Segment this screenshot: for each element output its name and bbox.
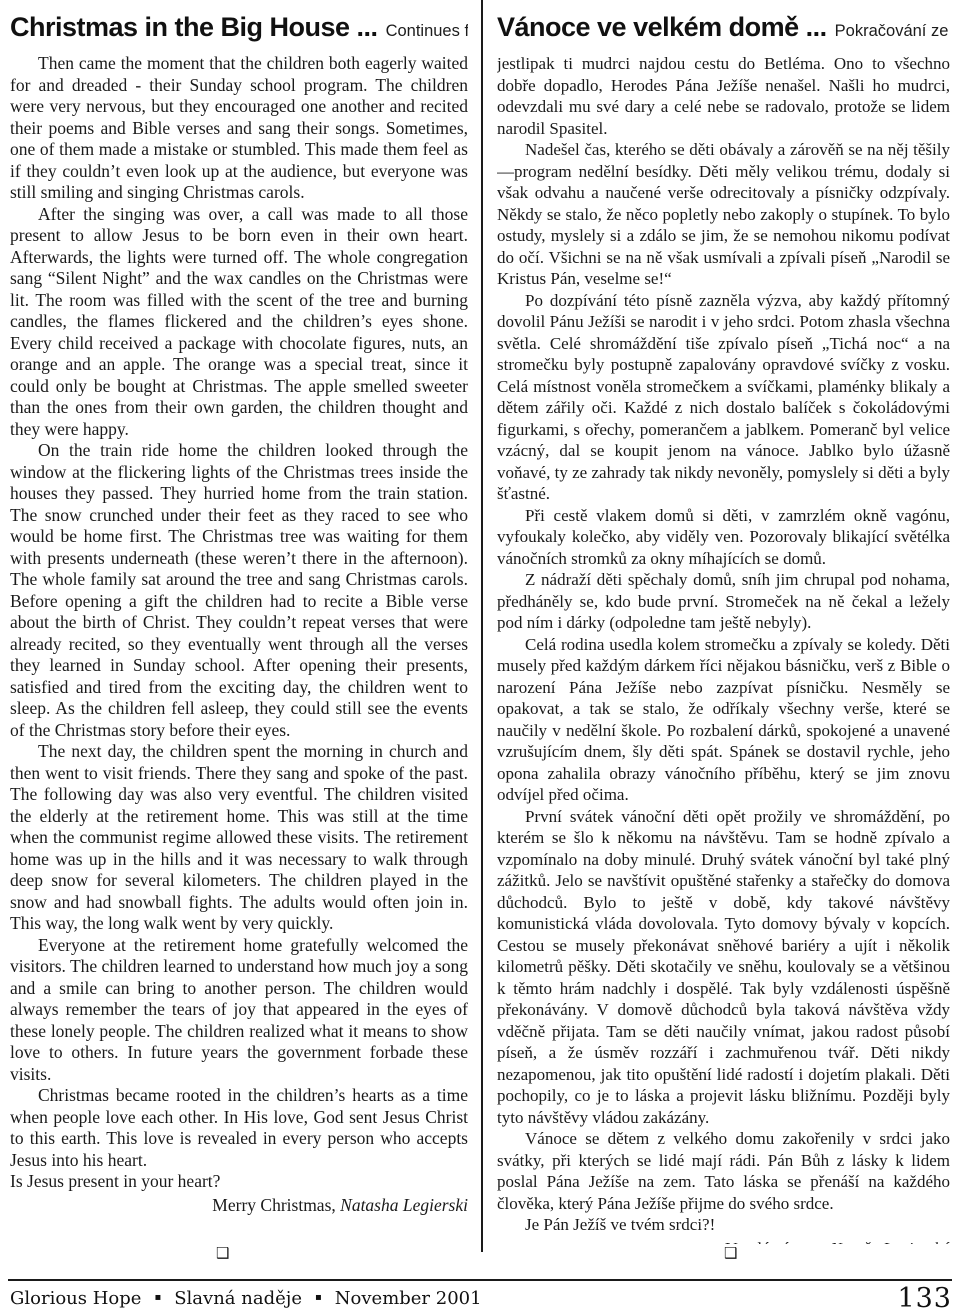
paragraph: Z nádraží děti spěchaly domů, sníh jim c…: [497, 569, 950, 634]
footer-square-separator-icon: ▪: [154, 1292, 161, 1303]
paragraph: Christmas became rooted in the children’…: [10, 1085, 468, 1171]
paragraph: On the train ride home the children look…: [10, 440, 468, 741]
right-article-column: Vánoce ve velkém domě ... Pokračování ze…: [497, 12, 950, 1244]
right-signature-greeting: Veselé vánoce,: [725, 1239, 830, 1245]
paragraph: Then came the moment that the children b…: [10, 53, 468, 204]
footer-square-separator-icon: ▪: [315, 1292, 322, 1303]
left-article-column: Christmas in the Big House ... Continues…: [10, 12, 468, 1244]
paragraph: Everyone at the retirement home grateful…: [10, 935, 468, 1086]
left-article-body: Then came the moment that the children b…: [10, 53, 468, 1193]
footer-rule: [8, 1279, 952, 1281]
paragraph: Is Jesus present in your heart?: [10, 1171, 468, 1193]
paragraph: After the singing was over, a call was m…: [10, 204, 468, 441]
column-divider-line: [481, 0, 483, 1252]
right-article-title: Vánoce ve velkém domě ...: [497, 12, 827, 43]
left-article-title: Christmas in the Big House ...: [10, 12, 378, 43]
right-article-end-mark-icon: ❑: [724, 1246, 737, 1261]
paragraph: Při cestě vlakem domů si děti, v zamrzlé…: [497, 505, 950, 570]
footer: Glorious Hope ▪ Slavná naděje ▪ November…: [10, 1288, 482, 1309]
paragraph: jestlipak ti mudrci najdou cestu do Betl…: [497, 53, 950, 139]
page-number: 133: [897, 1283, 952, 1314]
footer-journal-name-english: Glorious Hope: [10, 1288, 141, 1309]
right-signature-author-name: Nataša Legierská: [831, 1239, 950, 1245]
right-article-header: Vánoce ve velkém domě ... Pokračování ze…: [497, 12, 950, 43]
paragraph: Celá rodina usedla kolem stromečku a zpí…: [497, 634, 950, 806]
footer-issue-date: November 2001: [335, 1288, 482, 1309]
paragraph: První svátek vánoční děti opět prožily v…: [497, 806, 950, 1129]
left-signature-greeting: Merry Christmas,: [212, 1195, 340, 1215]
right-article-body: jestlipak ti mudrci najdou cestu do Betl…: [497, 53, 950, 1236]
left-article-continuation-note: Continues from page 140: [386, 22, 468, 41]
footer-journal-name-czech: Slavná naděje: [174, 1288, 302, 1309]
left-signature-author-name: Natasha Legierski: [340, 1195, 468, 1215]
left-article-end-mark-icon: ❑: [216, 1246, 229, 1261]
paragraph: Nadešel čas, kterého se děti obávaly a z…: [497, 139, 950, 290]
left-article-signature: Merry Christmas, Natasha Legierski: [10, 1195, 468, 1217]
left-article-header: Christmas in the Big House ... Continues…: [10, 12, 468, 43]
paragraph: The next day, the children spent the mor…: [10, 741, 468, 935]
paragraph: Vánoce se dětem z velkého domu zakořenil…: [497, 1128, 950, 1214]
paragraph: Je Pán Ježíš ve tvém srdci?!: [497, 1214, 950, 1236]
paragraph: Po dozpívání této písně zazněla výzva, a…: [497, 290, 950, 505]
right-article-continuation-note: Pokračování ze strany 140: [835, 22, 950, 41]
magazine-page: Christmas in the Big House ... Continues…: [0, 0, 960, 1314]
